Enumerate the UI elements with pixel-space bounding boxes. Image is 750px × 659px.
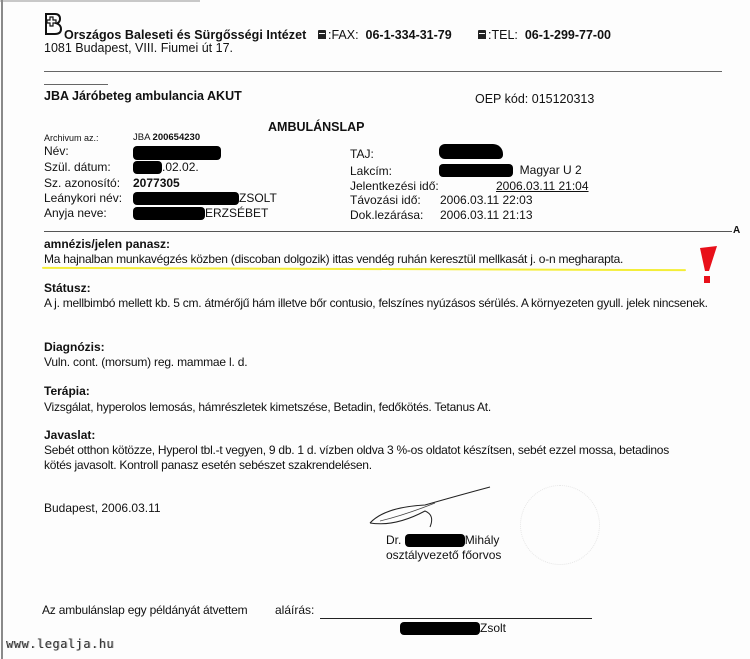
- doctor-title: osztályvezető főorvos: [386, 548, 501, 562]
- redaction-bar: [405, 534, 465, 547]
- receiver-first-name: Zsolt: [480, 621, 506, 635]
- archive-label: Archivum az.:: [44, 133, 99, 143]
- redaction-bar: [133, 161, 162, 174]
- arrival-value: 2006.03.11 21:04: [496, 179, 589, 193]
- closed-value: 2006.03.11 21:13: [440, 208, 533, 222]
- signature-line: [320, 618, 592, 619]
- maiden-value-group: ZSOLT: [133, 191, 277, 205]
- anamnesis-text: Ma hajnalban munkavégzés közben (discoba…: [44, 252, 623, 266]
- status-text: A j. mellbimbó mellett kb. 5 cm. átmérőj…: [44, 296, 724, 311]
- section-divider: [44, 231, 732, 232]
- therapy-text: Vizsgálat, hyperolos lemosás, hámrészlet…: [44, 400, 491, 414]
- address-value-group: Magyar U 2: [439, 163, 582, 177]
- redaction-bar: [439, 144, 503, 159]
- id-value: 2077305: [133, 176, 180, 190]
- id-label: Sz. azonosító:: [44, 176, 120, 190]
- oep-code: OEP kód: 015120313: [475, 92, 594, 106]
- diagnosis-heading: Diagnózis:: [44, 340, 105, 354]
- mother-value-group: ERZSÉBET: [133, 206, 268, 220]
- watermark: www.legalja.hu: [6, 637, 114, 651]
- archive-prefix: JBA: [133, 132, 150, 143]
- scan-edge-shadow: [0, 0, 200, 2]
- signature-label: aláírás:: [275, 603, 314, 617]
- redaction-bar: [133, 146, 221, 160]
- doctor-name-group: Dr. Mihály: [386, 533, 499, 547]
- yellow-highlight: [42, 267, 686, 271]
- diagnosis-text: Vuln. cont. (morsum) reg. mammae l. d.: [44, 355, 247, 369]
- status-heading: Státusz:: [44, 281, 91, 295]
- taj-label: TAJ:: [350, 147, 374, 161]
- exclamation-mark-icon: [697, 245, 719, 285]
- address-label: Lakcím:: [350, 164, 392, 178]
- cut-off-mark: A: [733, 225, 740, 236]
- doctor-signature: [365, 485, 495, 535]
- tel-info: :TEL: 06-1-299-77-00: [478, 28, 611, 42]
- document-title: AMBULÁNSLAP: [268, 120, 365, 134]
- redaction-bar: [133, 207, 205, 220]
- birth-value: .02.02.: [162, 160, 199, 174]
- short-divider: [44, 84, 108, 85]
- doctor-prefix: Dr.: [386, 533, 401, 547]
- address-value: Magyar U 2: [520, 163, 582, 177]
- ambulance-sheet-document: Országos Baleseti és Sürgősségi Intézet …: [0, 0, 750, 659]
- archive-number: 200654230: [153, 132, 201, 143]
- fax-number: 06-1-334-31-79: [366, 28, 452, 42]
- institution-logo-icon: [44, 13, 62, 35]
- institution-name: Országos Baleseti és Sürgősségi Intézet: [64, 28, 306, 42]
- maiden-label: Leánykori név:: [44, 191, 122, 205]
- header-divider: [44, 71, 722, 72]
- name-label: Név:: [44, 144, 69, 158]
- redaction-bar: [400, 622, 480, 635]
- mother-label: Anyja neve:: [44, 206, 107, 220]
- recommendation-heading: Javaslat:: [44, 428, 95, 442]
- maiden-value: ZSOLT: [239, 191, 277, 205]
- fax-info: :FAX: 06-1-334-31-79: [318, 28, 452, 42]
- recommendation-text: Sebét otthon kötözze, Hyperol tbl.-t veg…: [44, 443, 684, 473]
- departure-label: Távozási idő:: [350, 193, 421, 207]
- birth-value-group: .02.02.: [133, 160, 199, 174]
- doctor-first-name: Mihály: [465, 533, 500, 547]
- department-name: JBA Járóbeteg ambulancia AKUT: [44, 89, 242, 103]
- faded-stamp: [520, 485, 600, 565]
- mother-value: ERZSÉBET: [205, 206, 268, 220]
- redaction-bar: [133, 192, 239, 205]
- anamnesis-heading: amnézis/jelen panasz:: [44, 237, 170, 251]
- tel-number: 06-1-299-77-00: [525, 28, 611, 42]
- receipt-text: Az ambulánslap egy példányát átvettem: [42, 603, 247, 617]
- taj-value: [439, 143, 503, 161]
- redaction-bar: [439, 164, 513, 177]
- phone-icon: [478, 30, 486, 39]
- receiver-name-group: Zsolt: [400, 621, 506, 635]
- departure-value: 2006.03.11 22:03: [440, 193, 533, 207]
- tel-label: :TEL:: [488, 28, 518, 42]
- closed-label: Dok.lezárása:: [350, 208, 423, 222]
- therapy-heading: Terápia:: [44, 384, 90, 398]
- scan-left-border: [1, 0, 3, 659]
- fax-icon: [318, 30, 326, 39]
- archive-id: JBA 200654230: [133, 132, 200, 143]
- institution-address: 1081 Budapest, VIII. Fiumei út 17.: [44, 41, 233, 55]
- arrival-label: Jelentkezési idő:: [350, 179, 439, 193]
- fax-label: :FAX:: [328, 28, 359, 42]
- birth-label: Szül. dátum:: [44, 160, 111, 174]
- place-date: Budapest, 2006.03.11: [44, 501, 161, 515]
